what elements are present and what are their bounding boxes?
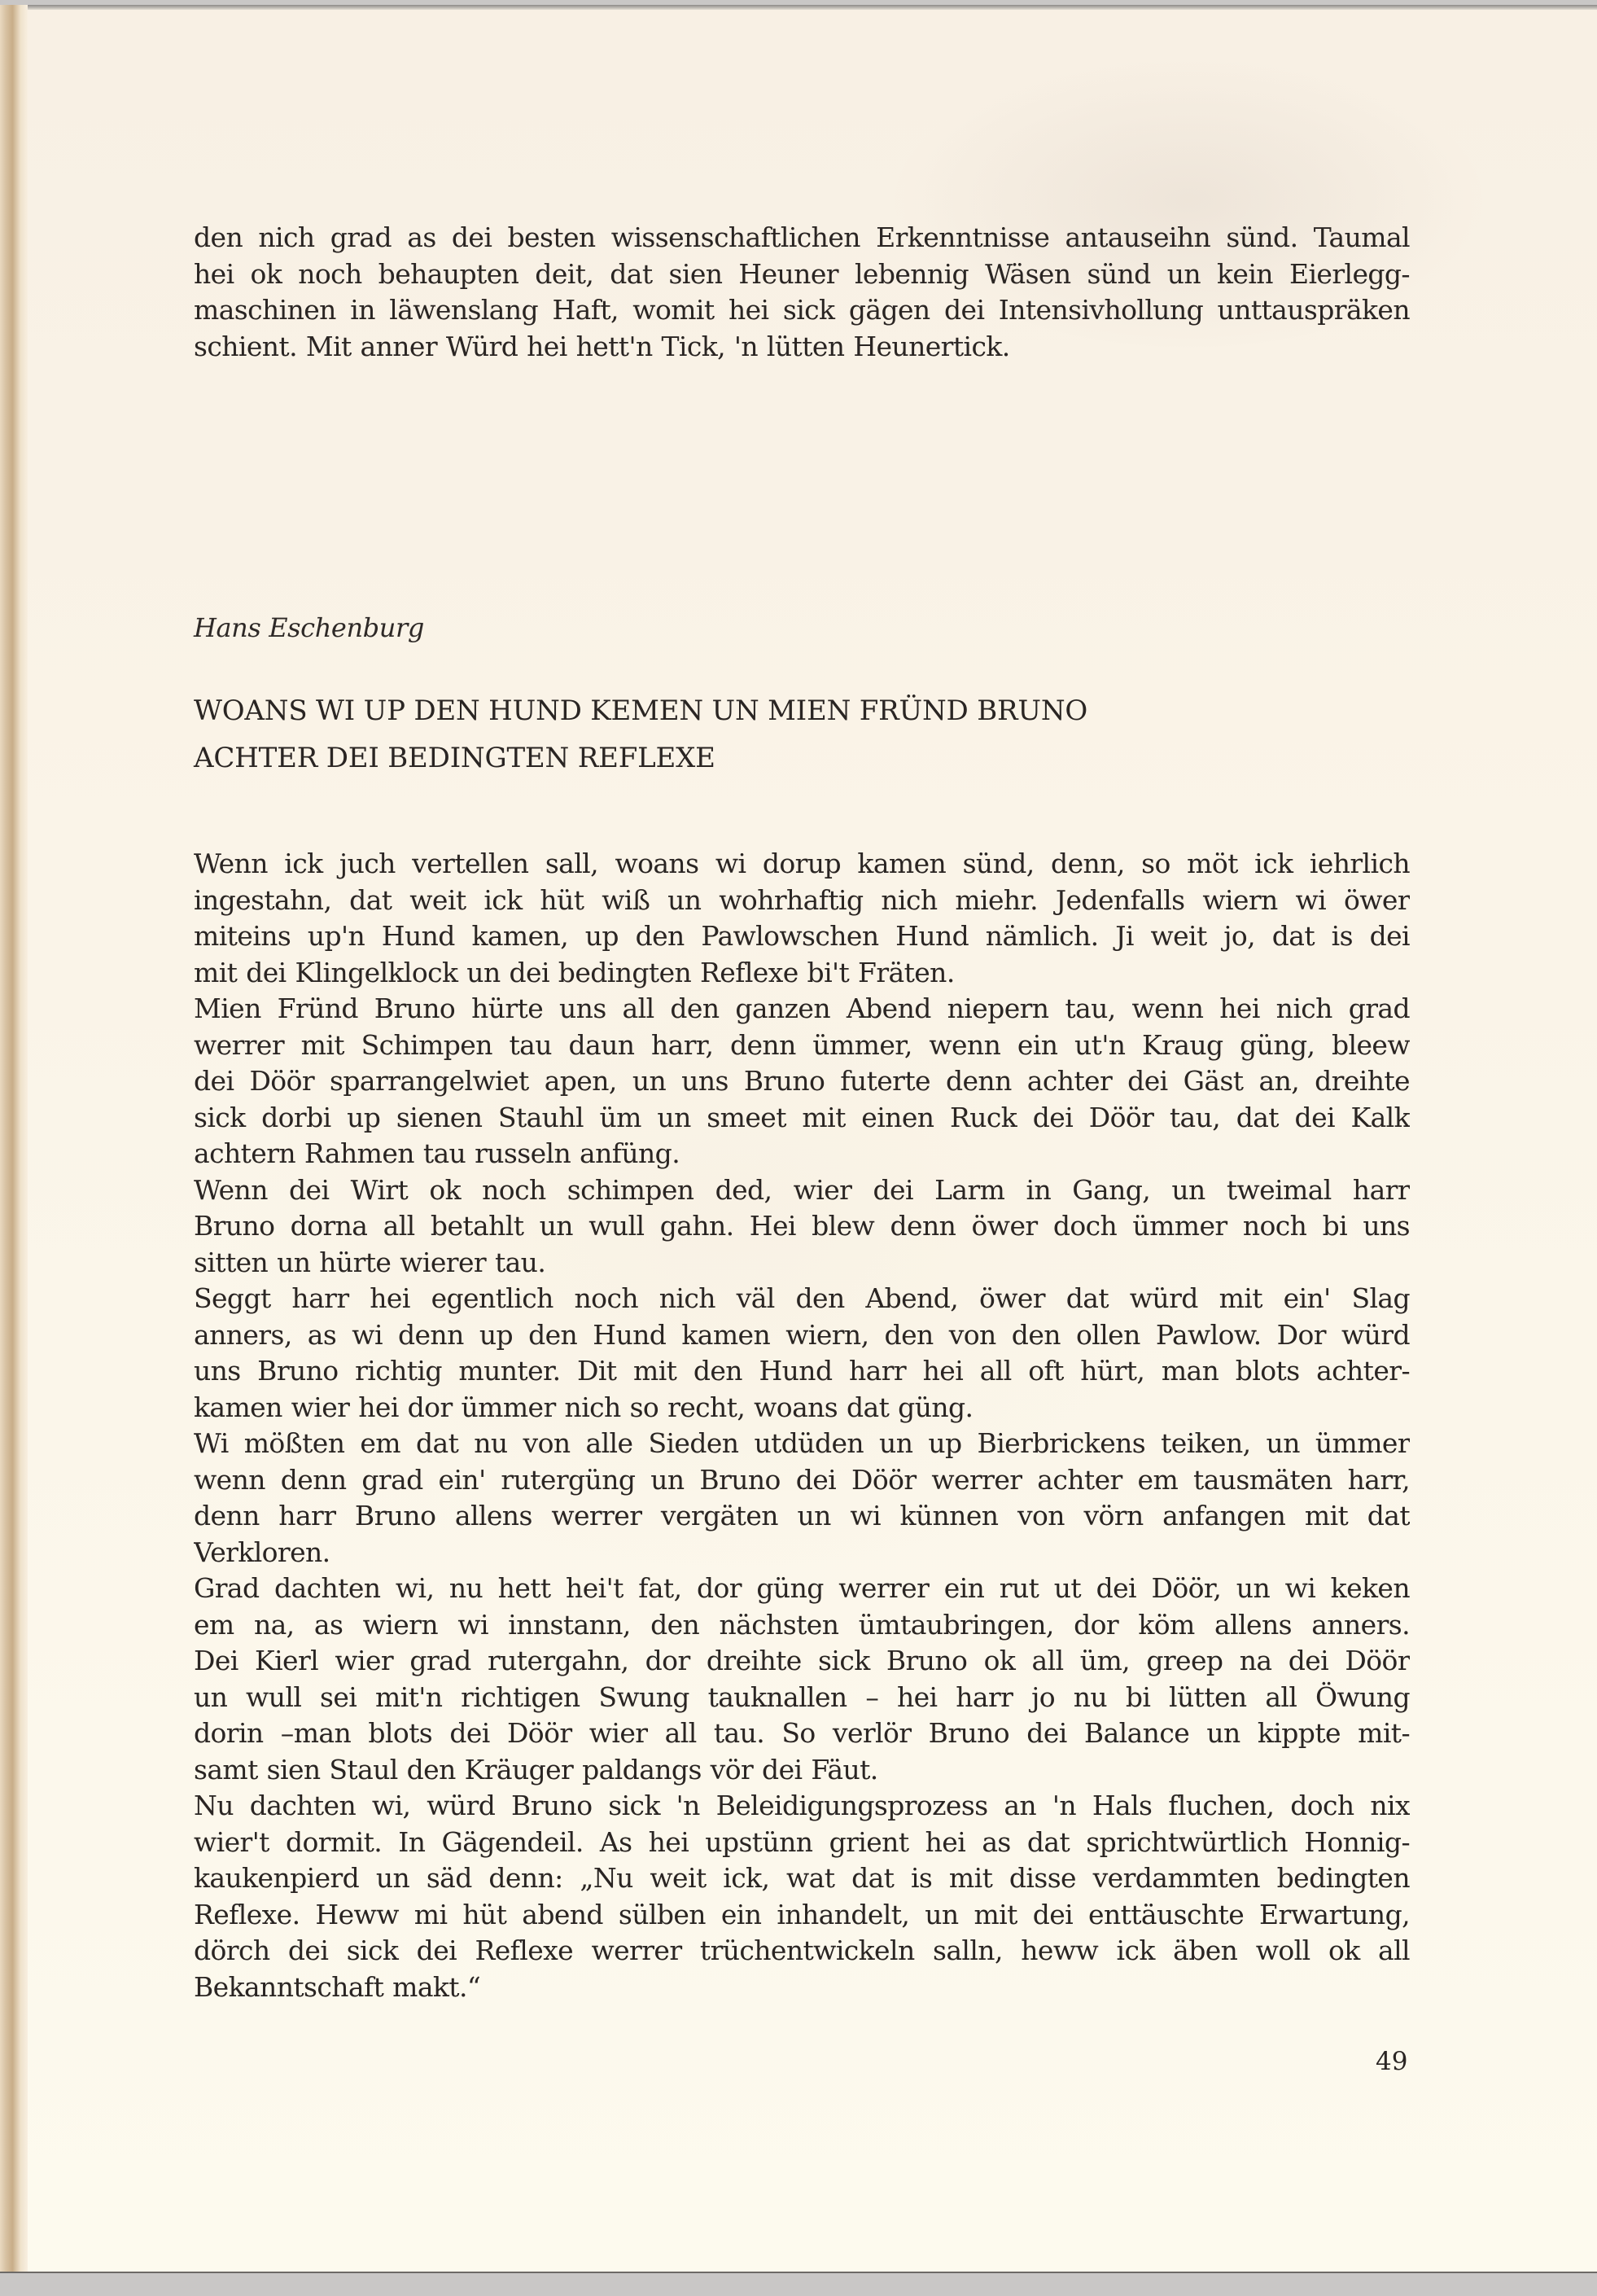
text-line: uns Bruno richtig munter. Dit mit den Hu… bbox=[194, 1353, 1410, 1390]
author-name: Hans Eschenburg bbox=[194, 612, 424, 643]
text-line: mit dei Klingelklock un dei bedingten Re… bbox=[194, 955, 1410, 992]
text-line: Bekanntschaft makt.“ bbox=[194, 1970, 1410, 2006]
text-line: dei Döör sparrangelwiet apen, un uns Bru… bbox=[194, 1063, 1410, 1100]
text-line: Dei Kierl wier grad rutergahn, dor dreih… bbox=[194, 1643, 1410, 1680]
text-line: Wenn dei Wirt ok noch schimpen ded, wier… bbox=[194, 1172, 1410, 1209]
text-line: Wi mößten em dat nu von alle Sieden utdü… bbox=[194, 1426, 1410, 1462]
story-title: WOANS WI UP DEN HUND KEMEN UN MIEN FRÜND… bbox=[194, 687, 1087, 782]
text-line: Seggt harr hei egentlich noch nich väl d… bbox=[194, 1281, 1410, 1317]
page-top-edge bbox=[0, 5, 1597, 10]
text-line: Grad dachten wi, nu hett hei't fat, dor … bbox=[194, 1571, 1410, 1607]
text-line: dörch dei sick dei Reflexe werrer trüche… bbox=[194, 1933, 1410, 1970]
book-binding-shadow bbox=[0, 5, 28, 2272]
intro-paragraph: den nich grad as dei besten wissenschaft… bbox=[194, 220, 1410, 365]
body-paragraph: Grad dachten wi, nu hett hei't fat, dor … bbox=[194, 1571, 1410, 1788]
text-line: Reflexe. Heww mi hüt abend sülben ein in… bbox=[194, 1897, 1410, 1934]
text-line: sick dorbi up sienen Stauhl üm un smeet … bbox=[194, 1100, 1410, 1137]
body-paragraph: Wenn ick juch vertellen sall, woans wi d… bbox=[194, 846, 1410, 991]
body-paragraph: Wenn dei Wirt ok noch schimpen ded, wier… bbox=[194, 1172, 1410, 1282]
text-line: denn harr Bruno allens werrer vergäten u… bbox=[194, 1498, 1410, 1535]
body-paragraph: Seggt harr hei egentlich noch nich väl d… bbox=[194, 1281, 1410, 1426]
title-line: ACHTER DEI BEDINGTEN REFLEXE bbox=[194, 734, 1087, 782]
text-line: Nu dachten wi, würd Bruno sick 'n Beleid… bbox=[194, 1788, 1410, 1825]
story-body: Wenn ick juch vertellen sall, woans wi d… bbox=[194, 846, 1410, 2005]
text-line: miteins up'n Hund kamen, up den Pawlowsc… bbox=[194, 918, 1410, 955]
title-line: WOANS WI UP DEN HUND KEMEN UN MIEN FRÜND… bbox=[194, 687, 1087, 734]
text-line: wier't dormit. In Gägendeil. As hei upst… bbox=[194, 1825, 1410, 1861]
text-line: kamen wier hei dor ümmer nich so recht, … bbox=[194, 1390, 1410, 1426]
page-number: 49 bbox=[1376, 2047, 1407, 2076]
text-line: anners, as wi denn up den Hund kamen wie… bbox=[194, 1317, 1410, 1354]
book-page: den nich grad as dei besten wissenschaft… bbox=[0, 5, 1597, 2273]
body-paragraph: Wi mößten em dat nu von alle Sieden utdü… bbox=[194, 1426, 1410, 1571]
body-paragraph: Mien Fründ Bruno hürte uns all den ganze… bbox=[194, 991, 1410, 1172]
text-line: un wull sei mit'n richtigen Swung taukna… bbox=[194, 1680, 1410, 1716]
text-line: samt sien Staul den Kräuger paldangs vör… bbox=[194, 1752, 1410, 1789]
text-line: wenn denn grad ein' rutergüng un Bruno d… bbox=[194, 1462, 1410, 1499]
text-line: Verkloren. bbox=[194, 1535, 1410, 1571]
text-line: Wenn ick juch vertellen sall, woans wi d… bbox=[194, 846, 1410, 883]
text-line: ingestahn, dat weit ick hüt wiß un wohrh… bbox=[194, 883, 1410, 919]
text-line: dorin –man blots dei Döör wier all tau. … bbox=[194, 1715, 1410, 1752]
text-line: werrer mit Schimpen tau daun harr, denn … bbox=[194, 1028, 1410, 1064]
text-line: maschinen in läwenslang Haft, womit hei … bbox=[194, 292, 1410, 329]
text-line: achtern Rahmen tau russeln anfüng. bbox=[194, 1136, 1410, 1172]
text-line: schient. Mit anner Würd hei hett'n Tick,… bbox=[194, 329, 1410, 366]
text-line: em na, as wiern wi innstann, den nächste… bbox=[194, 1607, 1410, 1644]
text-line: kaukenpierd un säd denn: „Nu weit ick, w… bbox=[194, 1860, 1410, 1897]
text-line: hei ok noch behaupten deit, dat sien Heu… bbox=[194, 256, 1410, 293]
text-line: sitten un hürte wierer tau. bbox=[194, 1245, 1410, 1282]
body-paragraph: Nu dachten wi, würd Bruno sick 'n Beleid… bbox=[194, 1788, 1410, 2005]
text-line: den nich grad as dei besten wissenschaft… bbox=[194, 220, 1410, 256]
text-line: Mien Fründ Bruno hürte uns all den ganze… bbox=[194, 991, 1410, 1028]
text-line: Bruno dorna all betahlt un wull gahn. He… bbox=[194, 1208, 1410, 1245]
